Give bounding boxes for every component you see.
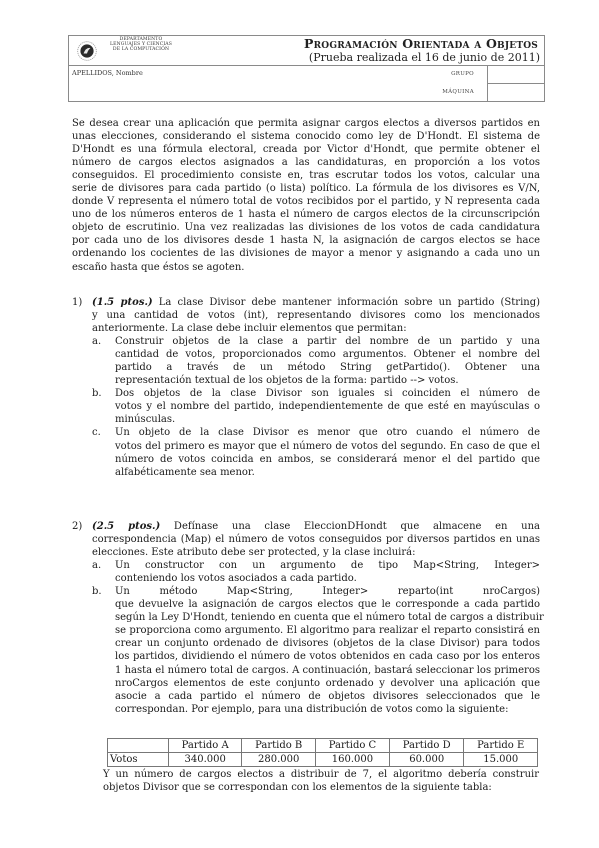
subitem-2b: b. Un método Map<String, Integer> repart… <box>92 585 540 715</box>
text-line: conseguidos. El procedimiento consiste e… <box>72 169 540 182</box>
question-line: anteriormente. La clase debe incluir ele… <box>92 322 540 335</box>
subitem-line: correspondan. Por ejemplo, para una dist… <box>115 703 540 716</box>
subitem-1a: a. Construir objetos de la clase a parti… <box>92 335 540 387</box>
text-line: ordenando los cocientes de las divisione… <box>72 247 540 260</box>
header-student-row: APELLIDOS, Nombre GRUPO <box>69 66 544 84</box>
question-number: 2) <box>72 520 82 533</box>
subitem-line: crear un conjunto ordenado de divisores … <box>115 637 540 650</box>
subitem-line: votos del primero es mayor que el número… <box>115 440 540 453</box>
subitem-line: Un constructor con un argumento de tipo … <box>115 559 540 572</box>
subitem-line: Construir objetos de la clase a partir d… <box>115 335 540 348</box>
subitem-line: minúsculas. <box>115 413 540 426</box>
department-line: DE LA COMPUTACIÓN <box>101 47 181 52</box>
text-line: objeto de escrutinio. Una vez realizadas… <box>72 221 540 234</box>
subitem-line: alfabéticamente sea menor. <box>115 466 540 479</box>
subitem-letter: a. <box>92 335 101 348</box>
table-header-cell: Partido A <box>169 739 242 753</box>
subitem-line: número de votos coincida en ambos, se co… <box>115 453 540 466</box>
exam-header: DEPARTAMENTO LENGUAJES Y CIENCIAS DE LA … <box>68 35 545 102</box>
subitem-line: Un método Map<String, Integer> reparto(i… <box>115 585 540 598</box>
votes-table: Partido A Partido B Partido C Partido D … <box>107 738 538 767</box>
student-name-label: APELLIDOS, Nombre <box>72 69 143 77</box>
subitem-line: partido a través de un método String get… <box>115 361 540 374</box>
maquina-label: MÁQUINA <box>442 89 474 95</box>
table-header-cell: Partido E <box>464 739 538 753</box>
question-points: (2.5 ptos.) <box>92 521 160 532</box>
subitem-letter: c. <box>92 426 101 439</box>
table-row: Votos 340.000 280.000 160.000 60.000 15.… <box>108 753 538 767</box>
question-line: (2.5 ptos.) Defínase una clase EleccionD… <box>92 520 540 533</box>
table-header-cell <box>108 739 169 753</box>
maquina-field[interactable] <box>487 84 544 102</box>
after-table-paragraph: Y un número de cargos electos a distribu… <box>103 768 539 794</box>
header-top-row: DEPARTAMENTO LENGUAJES Y CIENCIAS DE LA … <box>69 36 544 66</box>
header-machine-row: MÁQUINA <box>69 84 544 102</box>
text-line: serie de divisores para cada partido (o … <box>72 182 540 195</box>
question-number: 1) <box>72 296 82 309</box>
subitem-line: se proporciona como argumento. El algori… <box>115 624 540 637</box>
text-line: número de cargos electos asignados a las… <box>72 156 540 169</box>
table-header-cell: Partido D <box>389 739 464 753</box>
university-seal-icon <box>77 41 97 61</box>
table-cell: 60.000 <box>389 753 464 767</box>
department-name: DEPARTAMENTO LENGUAJES Y CIENCIAS DE LA … <box>101 37 181 53</box>
subitem-line: representación textual de los objetos de… <box>115 374 540 387</box>
subitem-line: votos y el nombre del partido, independi… <box>115 400 540 413</box>
subitem-line: los partidos, dividiendo el número de vo… <box>115 650 540 663</box>
question-line: elecciones. Este atributo debe ser prote… <box>92 546 540 559</box>
subitem-letter: b. <box>92 387 102 400</box>
text-line: D'Hondt es una fórmula electoral, creada… <box>72 143 540 156</box>
text-line: donde V representa el número total de vo… <box>72 195 540 208</box>
question-line: correspondencia (Map) el número de votos… <box>92 533 540 546</box>
exam-page: DEPARTAMENTO LENGUAJES Y CIENCIAS DE LA … <box>0 0 599 848</box>
subitem-line: asocie a cada partido el número de objet… <box>115 690 540 703</box>
table-cell: 160.000 <box>315 753 389 767</box>
table-header-row: Partido A Partido B Partido C Partido D … <box>108 739 538 753</box>
question-points: (1.5 ptos.) <box>92 297 153 308</box>
subitem-2a: a. Un constructor con un argumento de ti… <box>92 559 540 585</box>
text-line: Y un número de cargos electos a distribu… <box>103 768 539 781</box>
text-line: escaño hasta que éstos se agoten. <box>72 261 540 274</box>
table-header-cell: Partido C <box>315 739 389 753</box>
subitem-1c: c. Un objeto de la clase Divisor es meno… <box>92 426 540 478</box>
table-header-cell: Partido B <box>242 739 316 753</box>
text-line: Se desea crear una aplicación que permit… <box>72 117 540 130</box>
subitem-line: 1 hasta el número total de cargos. A con… <box>115 664 540 677</box>
table-cell: 280.000 <box>242 753 316 767</box>
question-line: y una cantidad de votos (int), represent… <box>92 309 540 322</box>
table-cell: 15.000 <box>464 753 538 767</box>
subitem-line: Dos objetos de la clase Divisor son igua… <box>115 387 540 400</box>
text-line: unas elecciones, considerando el sistema… <box>72 130 540 143</box>
subitem-1b: b. Dos objetos de la clase Divisor son i… <box>92 387 540 426</box>
subitem-line: nroCargos elementos de este conjunto ord… <box>115 677 540 690</box>
course-title: Programación Orientada a Objetos <box>304 37 538 51</box>
grupo-label: GRUPO <box>451 71 474 77</box>
text-line: objetos Divisor que se correspondan con … <box>103 781 539 794</box>
subitem-line: cantidad de votos, proporcionados como a… <box>115 348 540 361</box>
intro-paragraph: Se desea crear una aplicación que permit… <box>72 117 540 274</box>
text-line: por cada uno de los divisores desde 1 ha… <box>72 234 540 247</box>
table-row-label: Votos <box>108 753 169 767</box>
table-cell: 340.000 <box>169 753 242 767</box>
subitem-line: conteniendo los votos asociados a cada p… <box>115 572 540 585</box>
subitem-line: que devuelve la asignación de cargos ele… <box>115 598 540 611</box>
exam-subtitle: (Prueba realizada el 16 de junio de 2011… <box>309 51 540 64</box>
question-line: (1.5 ptos.) La clase Divisor debe manten… <box>92 296 540 309</box>
text-line: uno de los números enteros de 1 hasta el… <box>72 208 540 221</box>
question-body: (1.5 ptos.) La clase Divisor debe manten… <box>92 296 540 479</box>
subitem-letter: b. <box>92 585 102 598</box>
grupo-field[interactable] <box>487 66 544 84</box>
subitem-line: Un objeto de la clase Divisor es menor q… <box>115 426 540 439</box>
question-body: (2.5 ptos.) Defínase una clase EleccionD… <box>92 520 540 716</box>
subitem-letter: a. <box>92 559 101 572</box>
subitem-line: según la Ley D'Hondt, teniendo en cuenta… <box>115 611 540 624</box>
